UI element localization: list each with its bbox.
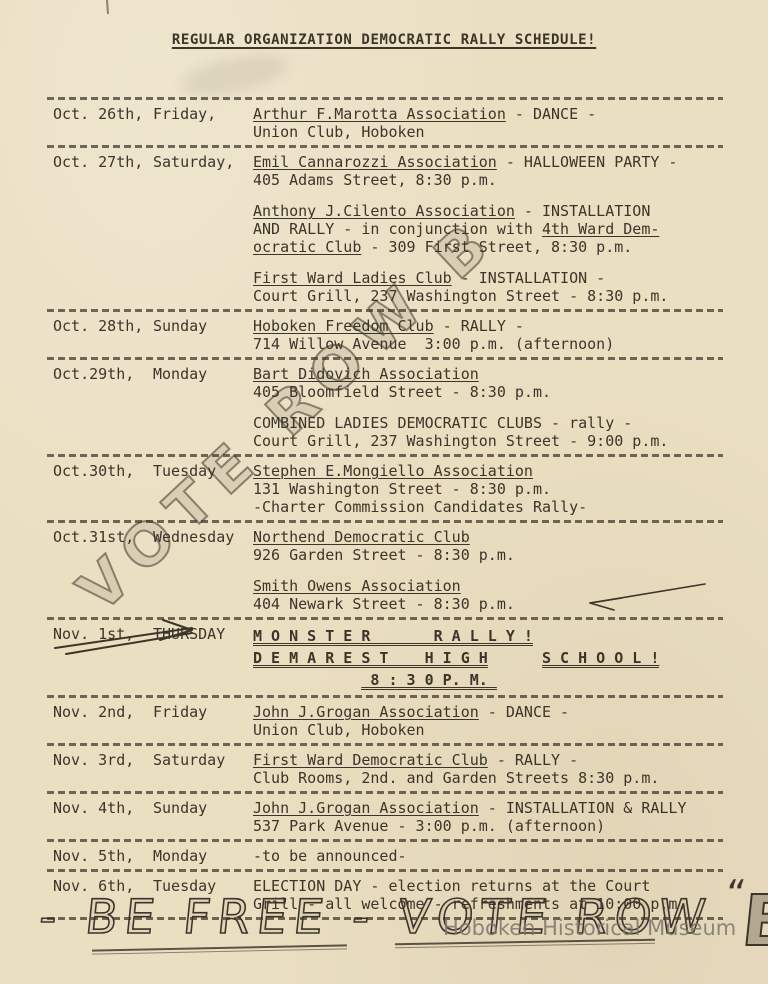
page-title: REGULAR ORGANIZATION DEMOCRATIC RALLY SC… <box>0 32 768 48</box>
event-text: John J.Grogan Association <box>253 799 479 817</box>
event-text: 537 Park Avenue - 3:00 p.m. (afternoon) <box>253 817 605 835</box>
event-cell: John J.Grogan Association - INSTALLATION… <box>253 799 723 835</box>
stray-mark <box>107 0 108 14</box>
date-cell: Oct. 26th, <box>47 105 153 123</box>
day-cell: Friday, <box>153 105 253 123</box>
row-separator <box>47 454 723 457</box>
event-cell: M O N S T E R R A L L Y !D E M A R E S T… <box>253 625 723 691</box>
event-text: 131 Washington Street - 8:30 p.m. <box>253 480 551 498</box>
event-line: 714 Willow Avenue 3:00 p.m. (afternoon) <box>253 335 723 353</box>
event-cell: -to be announced- <box>253 847 723 865</box>
row-separator <box>47 791 723 794</box>
event-text: 4th Ward Dem- <box>542 220 659 238</box>
event-text: Club Rooms, 2nd. and Garden Streets 8:30… <box>253 769 659 787</box>
event-entry: COMBINED LADIES DEMOCRATIC CLUBS - rally… <box>253 414 723 450</box>
event-text: 405 Adams Street, 8:30 p.m. <box>253 171 497 189</box>
schedule-row: Oct. 28th,SundayHoboken Freedom Club - R… <box>47 312 723 357</box>
event-text: Anthony J.Cilento Association <box>253 202 515 220</box>
event-line: Smith Owens Association <box>253 577 723 595</box>
event-line: Union Club, Hoboken <box>253 123 723 141</box>
event-text: First Ward Ladies Club <box>253 269 452 287</box>
event-line: First Ward Democratic Club - RALLY - <box>253 751 723 769</box>
schedule-row: Nov. 4th,SundayJohn J.Grogan Association… <box>47 794 723 839</box>
event-line: ocratic Club - 309 First Street, 8:30 p.… <box>253 238 723 256</box>
event-text: Union Club, Hoboken <box>253 123 425 141</box>
event-entry: M O N S T E R R A L L Y !D E M A R E S T… <box>253 625 723 691</box>
schedule-row: Nov. 3rd,SaturdayFirst Ward Democratic C… <box>47 746 723 791</box>
row-separator <box>47 839 723 842</box>
date-cell: Oct.31st, <box>47 528 153 546</box>
event-line: Arthur F.Marotta Association - DANCE - <box>253 105 723 123</box>
event-cell: Hoboken Freedom Club - RALLY -714 Willow… <box>253 317 723 353</box>
schedule-row: Oct.30th,TuesdayStephen E.Mongiello Asso… <box>47 457 723 520</box>
event-text: - RALLY - <box>434 317 524 335</box>
event-line: 405 Adams Street, 8:30 p.m. <box>253 171 723 189</box>
event-text: First Ward Democratic Club <box>253 751 488 769</box>
date-cell: Oct. 27th, <box>47 153 153 171</box>
event-text: 8 : 3 0 P. M. <box>361 672 496 690</box>
event-line: M O N S T E R R A L L Y ! <box>253 625 723 647</box>
row-separator <box>47 309 723 312</box>
event-text: - RALLY - <box>488 751 578 769</box>
event-line: Club Rooms, 2nd. and Garden Streets 8:30… <box>253 769 723 787</box>
event-text: Stephen E.Mongiello Association <box>253 462 533 480</box>
day-cell: THURSDAY <box>153 625 253 643</box>
event-text: - 309 First Street, 8:30 p.m. <box>361 238 632 256</box>
event-text: 926 Garden Street - 8:30 p.m. <box>253 546 515 564</box>
event-text: COMBINED LADIES DEMOCRATIC CLUBS - rally… <box>253 414 632 432</box>
event-line: Court Grill, 237 Washington Street - 8:3… <box>253 287 723 305</box>
event-text: 714 Willow Avenue 3:00 p.m. (afternoon) <box>253 335 614 353</box>
event-cell: First Ward Democratic Club - RALLY -Club… <box>253 751 723 787</box>
event-line: 405 Bloomfield Street - 8:30 p.m. <box>253 383 723 401</box>
schedule-row: Nov. 5th,Monday-to be announced- <box>47 842 723 869</box>
day-cell: Friday <box>153 703 253 721</box>
day-cell: Sunday <box>153 317 253 335</box>
event-text: - DANCE - <box>479 703 569 721</box>
event-entry: Bart Didovich Association405 Bloomfield … <box>253 365 723 401</box>
event-line: 404 Newark Street - 8:30 p.m. <box>253 595 723 613</box>
row-separator <box>47 357 723 360</box>
event-line: D E M A R E S T H I G H S C H O O L ! <box>253 647 723 669</box>
day-cell: Monday <box>153 847 253 865</box>
event-cell: Northend Democratic Club926 Garden Stree… <box>253 528 723 613</box>
event-cell: Emil Cannarozzi Association - HALLOWEEN … <box>253 153 723 305</box>
row-separator <box>47 695 723 698</box>
event-text: D E M A R E S T H I G H <box>253 650 488 668</box>
event-line: 8 : 3 0 P. M. <box>253 669 723 691</box>
museum-watermark: Hoboken Historical Museum <box>443 916 736 940</box>
day-cell: Saturday, <box>153 153 253 171</box>
event-line: Northend Democratic Club <box>253 528 723 546</box>
event-line: John J.Grogan Association - DANCE - <box>253 703 723 721</box>
event-entry: John J.Grogan Association - DANCE -Union… <box>253 703 723 739</box>
event-line: Union Club, Hoboken <box>253 721 723 739</box>
event-text: -to be announced- <box>253 847 407 865</box>
row-separator <box>47 145 723 148</box>
date-cell: Nov. 1st, <box>47 625 153 643</box>
event-line: -to be announced- <box>253 847 723 865</box>
event-text: Court Grill, 237 Washington Street - 9:0… <box>253 432 668 450</box>
event-line: 537 Park Avenue - 3:00 p.m. (afternoon) <box>253 817 723 835</box>
day-cell: Monday <box>153 365 253 383</box>
day-cell: Saturday <box>153 751 253 769</box>
event-line: Hoboken Freedom Club - RALLY - <box>253 317 723 335</box>
day-cell: Tuesday <box>153 462 253 480</box>
event-line: Court Grill, 237 Washington Street - 9:0… <box>253 432 723 450</box>
event-line: Bart Didovich Association <box>253 365 723 383</box>
event-text: Court Grill, 237 Washington Street - 8:3… <box>253 287 668 305</box>
event-line: John J.Grogan Association - INSTALLATION… <box>253 799 723 817</box>
event-entry: John J.Grogan Association - INSTALLATION… <box>253 799 723 835</box>
event-cell: Stephen E.Mongiello Association131 Washi… <box>253 462 723 516</box>
row-separator <box>47 617 723 620</box>
pencil-smudge <box>178 47 293 103</box>
date-cell: Nov. 3rd, <box>47 751 153 769</box>
row-separator <box>47 97 723 100</box>
event-text <box>253 671 361 689</box>
event-text: 404 Newark Street - 8:30 p.m. <box>253 595 515 613</box>
event-text: 405 Bloomfield Street - 8:30 p.m. <box>253 383 551 401</box>
event-line: 131 Washington Street - 8:30 p.m. <box>253 480 723 498</box>
event-line: 926 Garden Street - 8:30 p.m. <box>253 546 723 564</box>
event-text: ocratic Club <box>253 238 361 256</box>
event-text: AND RALLY - in conjunction with <box>253 220 542 238</box>
event-text: - DANCE - <box>506 105 596 123</box>
event-line: First Ward Ladies Club - INSTALLATION - <box>253 269 723 287</box>
date-cell: Nov. 2nd, <box>47 703 153 721</box>
rally-schedule-table: Oct. 26th,Friday,Arthur F.Marotta Associ… <box>0 97 768 920</box>
event-line: COMBINED LADIES DEMOCRATIC CLUBS - rally… <box>253 414 723 432</box>
footer-row-letter: “B” <box>719 872 768 956</box>
event-text: Arthur F.Marotta Association <box>253 105 506 123</box>
event-entry: Northend Democratic Club926 Garden Stree… <box>253 528 723 564</box>
event-entry: First Ward Ladies Club - INSTALLATION -C… <box>253 269 723 305</box>
event-cell: Arthur F.Marotta Association - DANCE -Un… <box>253 105 723 141</box>
event-cell: John J.Grogan Association - DANCE -Union… <box>253 703 723 739</box>
event-text: S C H O O L ! <box>542 650 659 668</box>
date-cell: Oct. 28th, <box>47 317 153 335</box>
event-entry: Anthony J.Cilento Association - INSTALLA… <box>253 202 723 256</box>
event-text: -Charter Commission Candidates Rally- <box>253 498 587 516</box>
event-line: Stephen E.Mongiello Association <box>253 462 723 480</box>
day-cell: Wednesday <box>153 528 253 546</box>
event-entry: Arthur F.Marotta Association - DANCE -Un… <box>253 105 723 141</box>
event-entry: Hoboken Freedom Club - RALLY -714 Willow… <box>253 317 723 353</box>
date-cell: Oct.30th, <box>47 462 153 480</box>
date-cell: Nov. 5th, <box>47 847 153 865</box>
date-cell: Nov. 4th, <box>47 799 153 817</box>
document-page: REGULAR ORGANIZATION DEMOCRATIC RALLY SC… <box>0 0 768 984</box>
event-text: Emil Cannarozzi Association <box>253 153 497 171</box>
event-entry: Emil Cannarozzi Association - HALLOWEEN … <box>253 153 723 189</box>
event-text: Bart Didovich Association <box>253 365 479 383</box>
event-text: Hoboken Freedom Club <box>253 317 434 335</box>
row-separator <box>47 743 723 746</box>
event-cell: Bart Didovich Association405 Bloomfield … <box>253 365 723 450</box>
schedule-row: Nov. 1st,THURSDAYM O N S T E R R A L L Y… <box>47 620 723 695</box>
day-cell: Sunday <box>153 799 253 817</box>
event-text: Northend Democratic Club <box>253 528 470 546</box>
schedule-row: Oct.29th,MondayBart Didovich Association… <box>47 360 723 454</box>
event-line: AND RALLY - in conjunction with 4th Ward… <box>253 220 723 238</box>
event-line: Anthony J.Cilento Association - INSTALLA… <box>253 202 723 220</box>
date-cell: Oct.29th, <box>47 365 153 383</box>
event-text: - INSTALLATION - <box>452 269 606 287</box>
schedule-row: Oct. 27th,Saturday,Emil Cannarozzi Assoc… <box>47 148 723 309</box>
event-text: - INSTALLATION <box>515 202 650 220</box>
event-entry: -to be announced- <box>253 847 723 865</box>
event-entry: Smith Owens Association404 Newark Street… <box>253 577 723 613</box>
event-text: John J.Grogan Association <box>253 703 479 721</box>
event-line: Emil Cannarozzi Association - HALLOWEEN … <box>253 153 723 171</box>
event-line: -Charter Commission Candidates Rally- <box>253 498 723 516</box>
event-text: Union Club, Hoboken <box>253 721 425 739</box>
schedule-row: Nov. 2nd,FridayJohn J.Grogan Association… <box>47 698 723 743</box>
event-text: - HALLOWEEN PARTY - <box>497 153 678 171</box>
event-entry: First Ward Democratic Club - RALLY -Club… <box>253 751 723 787</box>
event-text: Smith Owens Association <box>253 577 461 595</box>
row-separator <box>47 520 723 523</box>
schedule-row: Oct. 26th,Friday,Arthur F.Marotta Associ… <box>47 100 723 145</box>
event-text: - INSTALLATION & RALLY <box>479 799 687 817</box>
schedule-row: Oct.31st,WednesdayNorthend Democratic Cl… <box>47 523 723 617</box>
event-text: M O N S T E R R A L L Y ! <box>253 628 533 646</box>
event-entry: Stephen E.Mongiello Association131 Washi… <box>253 462 723 516</box>
event-text <box>488 649 542 667</box>
